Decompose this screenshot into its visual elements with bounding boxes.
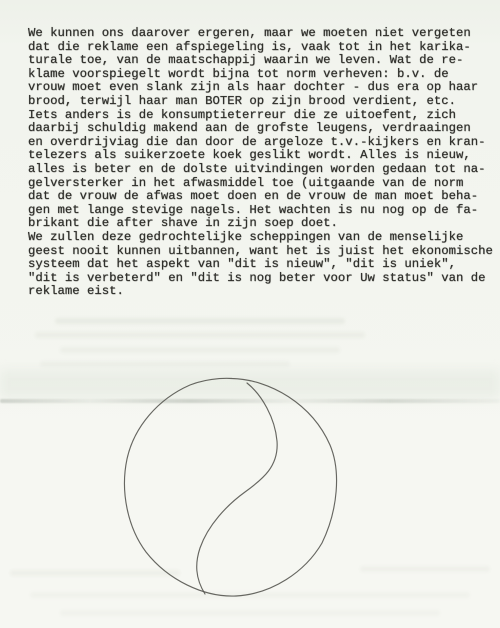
ball-doodle: [0, 360, 500, 628]
scanned-page: We kunnen ons daarover ergeren, maar we …: [0, 0, 500, 628]
ink-bleed: [35, 332, 365, 338]
text-line: systeem dat het aspekt van "dit is nieuw…: [28, 258, 494, 272]
text-line: turale toe, van de maatschappij waarin w…: [28, 54, 494, 68]
text-line: geest nooit kunnen uitbannen, want het i…: [28, 245, 494, 259]
text-line: We kunnen ons daarover ergeren, maar we …: [28, 27, 494, 41]
circle-outline: [124, 378, 336, 596]
ink-bleed: [55, 318, 345, 324]
text-line: dat de vrouw de afwas moet doen en de vr…: [28, 190, 494, 204]
seam-curve: [197, 383, 277, 594]
text-line: telezers als suikerzoete koek geslikt wo…: [28, 149, 494, 163]
ink-bleed: [60, 347, 340, 353]
text-line: brood, terwijl haar man BOTER op zijn br…: [28, 95, 494, 109]
ink-bleed: [360, 566, 490, 572]
text-line: gen met lange stevige nagels. Het wachte…: [28, 204, 494, 218]
text-line: gelversterker in het afwasmiddel toe (ui…: [28, 177, 494, 191]
text-line: "dit is verbeterd" en "dit is nog beter …: [28, 272, 494, 286]
ink-bleed: [60, 610, 440, 616]
text-line: Iets anders is de konsumptieterreur die …: [28, 109, 494, 123]
text-line: We zullen deze gedrochtelijke scheppinge…: [28, 231, 494, 245]
text-line: dat die reklame een afspiegeling is, vaa…: [28, 41, 494, 55]
text-line: daarbij schuldig makend aan de grofste l…: [28, 122, 494, 136]
typewritten-text: We kunnen ons daarover ergeren, maar we …: [28, 27, 494, 299]
ink-bleed: [10, 570, 180, 576]
text-line: brikant die after shave in zijn soep doe…: [28, 217, 494, 231]
text-line: alles is beter en de dolste uitvindingen…: [28, 163, 494, 177]
text-line: en overdrijviag die dan door de argeloze…: [28, 136, 494, 150]
text-line: reklame eist.: [28, 285, 494, 299]
text-line: vrouw moet even slank zijn als haar doch…: [28, 81, 494, 95]
ink-bleed: [30, 592, 470, 598]
text-line: klame voorspiegelt wordt bijna tot norm …: [28, 68, 494, 82]
